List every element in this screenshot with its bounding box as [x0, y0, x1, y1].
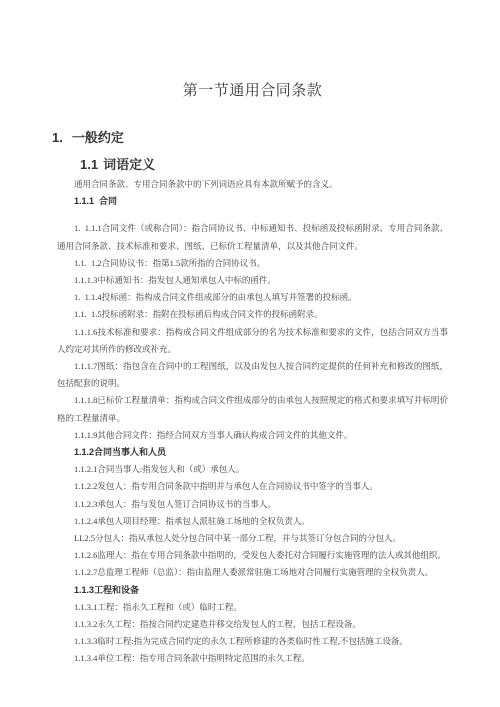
clause-paragraph: 1.1.1.9其他合同文件：指经合同双方当事人确认构成合同文件的其他文件。: [57, 427, 448, 444]
section-number: 1.: [52, 130, 63, 145]
clause-paragraph: 1.1.2.1合同当事人:指发包人和（或）承包人。: [57, 461, 448, 478]
clause-paragraph: 1.1.1.3中标通知书：指发包人通知承包人中标的函件。: [57, 272, 448, 289]
clause-paragraph: 1.1.3.2永久工程：指按合同约定建造并移交给发包人的工程，包括工程设备。: [57, 616, 448, 633]
section-label: 一般约定: [72, 130, 124, 145]
clause-paragraph: 1.1.2.3承包人：指与发包人签订合同协议书的当事人。: [57, 496, 448, 513]
clause-list: 1.1.1 合同1. 1.1.1合同文件（或称合同）：指合同协议书、中标通知书、…: [57, 193, 448, 667]
clause-heading: 1.1.1 合同: [57, 193, 448, 210]
section-heading: 1.一般约定: [52, 130, 448, 145]
clause-paragraph: 1.1.1.6技术标准和要求：指构成合同文件组成部分的名为技术标准和要求的文件，…: [57, 324, 448, 358]
clause-paragraph: 1.1.2.2发包人：指专用合同条款中指明并与承包人在合同协议书中签字的当事人。: [57, 478, 448, 495]
clause-paragraph: 1.1.1.8已标价工程量清单：指构成合同文件组成部分的由承包人按照规定的格式和…: [57, 392, 448, 426]
subsection-label: 词语定义: [103, 157, 155, 172]
clause-paragraph: 1.1.2.6监理人：指在专用合同条款中指明的，受发包人委托对合同履行实施管理的…: [57, 547, 448, 564]
clause-paragraph: 1.1.3.4单位工程：指专用合同条款中指明特定范围的永久工程。: [57, 650, 448, 667]
clause-paragraph: 1.1.3.1工程：指永久工程和（或）临时工程。: [57, 599, 448, 616]
clause-paragraph: 1. 1.1.4投标函：指构成合同文件组成部分的由承包人填写并签署的投标函。: [57, 289, 448, 306]
clause-paragraph: 1. 1.1.1合同文件（或称合同）：指合同协议书、中标通知书、投标函及投标函附…: [57, 220, 448, 254]
clause-paragraph: 1.1.3.3临时工程:指为完成合同约定的永久工程所修建的各类临时性工程,不包括…: [57, 633, 448, 650]
page-title: 第一节通用合同条款: [57, 82, 448, 100]
clause-paragraph: 1.1.1.7图纸：指包含在合同中的工程图纸，以及由发包人按合同约定提供的任何补…: [57, 358, 448, 392]
clause-paragraph: LL2.5分包人：指从承包人处分包合同中某一部分工程，并与其签订分包合同的分包人…: [57, 530, 448, 547]
document-page: 第一节通用合同条款 1.一般约定 1.1词语定义 通用合同条款、专用合同条款中的…: [0, 0, 500, 707]
subsection-number: 1.1: [80, 157, 98, 172]
subsection-heading: 1.1词语定义: [80, 157, 448, 172]
clause-heading: 1.1.2合同当事人和人员: [57, 444, 448, 461]
clause-heading: 1.1.3工程和设备: [57, 582, 448, 599]
clause-paragraph: 1.1.2.4承包人项目经理：指承包人派驻施工场地的全权负责人。: [57, 513, 448, 530]
clause-paragraph: 1.1. 1.2合同协议书：指第1.5款所指的合同协议书。: [57, 255, 448, 272]
clause-paragraph: 1.1. 1.5投标函附录：指附在投标函后构成合同文件的投标函附录。: [57, 306, 448, 323]
intro-paragraph: 通用合同条款、专用合同条款中的下列词语应具有本款所赋予的含义。: [57, 176, 448, 193]
clause-paragraph: 1.1.2.7总监理工程师（总监）：指由监理人委派常驻施工场地对合同履行实施管理…: [57, 564, 448, 581]
